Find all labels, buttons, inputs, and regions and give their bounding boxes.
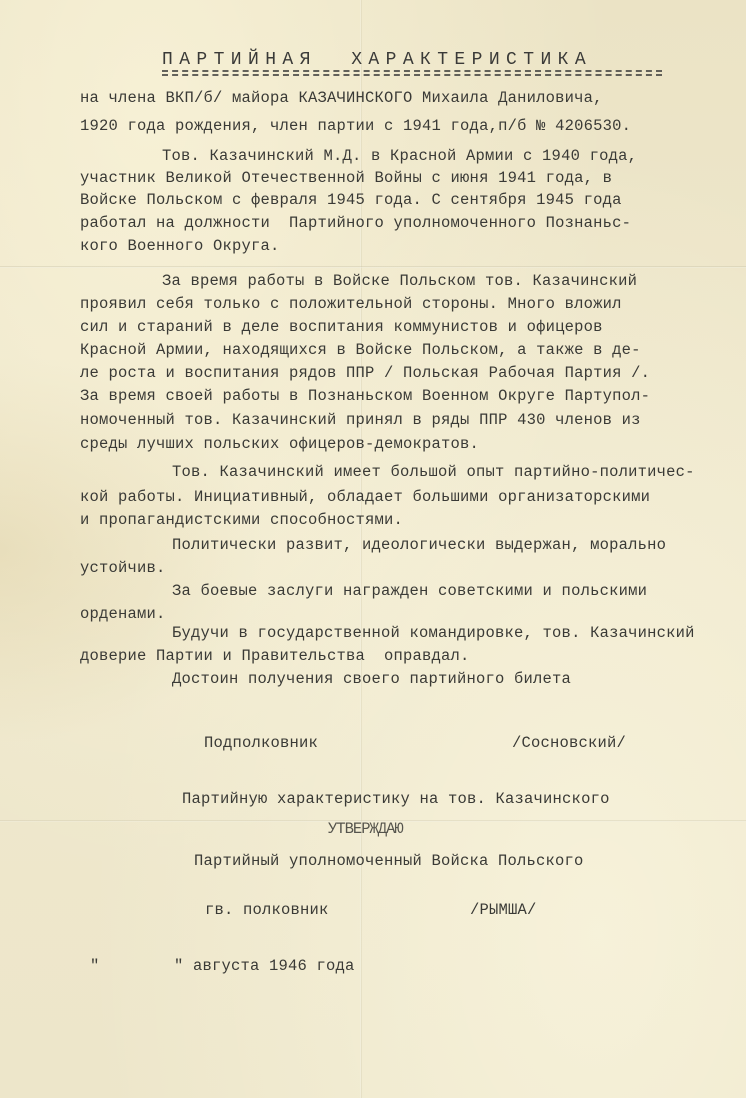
paragraph-line: За боевые заслуги награжден советскими и… [172, 582, 647, 600]
paragraph-line: Тов. Казачинский имеет большой опыт парт… [172, 463, 695, 481]
paragraph-line: Тов. Казачинский М.Д. в Красной Армии с … [162, 147, 637, 165]
paragraph-line: кого Военного Округа. [80, 237, 280, 255]
title-underline [162, 70, 662, 76]
date-open-quote: " [90, 957, 100, 975]
paragraph-line: За время работы в Войске Польском тов. К… [162, 272, 637, 290]
paragraph-line: проявил себя только с положительной стор… [80, 295, 622, 313]
paragraph-line: ле роста и воспитания рядов ППР / Польск… [80, 364, 650, 382]
signature-rank: гв. полковник [205, 901, 329, 919]
paragraph-line: работал на должности Партийного уполномо… [80, 214, 631, 232]
approval-line: Партийный уполномоченный Войска Польског… [194, 852, 584, 870]
paragraph-line: сил и стараний в деле воспитания коммуни… [80, 318, 603, 336]
paragraph-line: участник Великой Отечественной Войны с и… [80, 169, 612, 187]
header-line: 1920 года рождения, член партии с 1941 г… [80, 117, 631, 135]
paragraph-line: Красной Армии, находящихся в Войске Поль… [80, 341, 641, 359]
document-date: " августа 1946 года [174, 957, 355, 975]
paragraph-line: Политически развит, идеологически выдерж… [172, 536, 666, 554]
paragraph-line: устойчив. [80, 559, 166, 577]
paragraph-line: доверие Партии и Правительства оправдал. [80, 647, 470, 665]
signature-name: /Сосновский/ [512, 734, 626, 752]
paragraph-line: среды лучших польских офицеров-демократо… [80, 435, 479, 453]
paper-fold-horizontal [0, 266, 746, 268]
document-title: ПАРТИЙНАЯ ХАРАКТЕРИСТИКА [162, 50, 592, 70]
header-line: на члена ВКП/б/ майора КАЗАЧИНСКОГО Миха… [80, 89, 603, 107]
paragraph-line: номоченный тов. Казачинский принял в ряд… [80, 411, 641, 429]
signature-name: /РЫМША/ [470, 901, 537, 919]
paragraph-line: кой работы. Инициативный, обладает больш… [80, 488, 650, 506]
paragraph-line: Будучи в государственной командировке, т… [172, 624, 695, 642]
signature-rank: Подполковник [204, 734, 318, 752]
paragraph-line: орденами. [80, 605, 166, 623]
paragraph-line: Войске Польском с февраля 1945 года. С с… [80, 191, 622, 209]
approval-stamp-word: УТВЕРЖДАЮ [328, 820, 403, 838]
paragraph-line: и пропагандистскими способностями. [80, 511, 403, 529]
paragraph-line: Достоин получения своего партийного биле… [172, 670, 571, 688]
paragraph-line: За время своей работы в Познаньском Воен… [80, 387, 650, 405]
approval-line: Партийную характеристику на тов. Казачин… [182, 790, 610, 808]
